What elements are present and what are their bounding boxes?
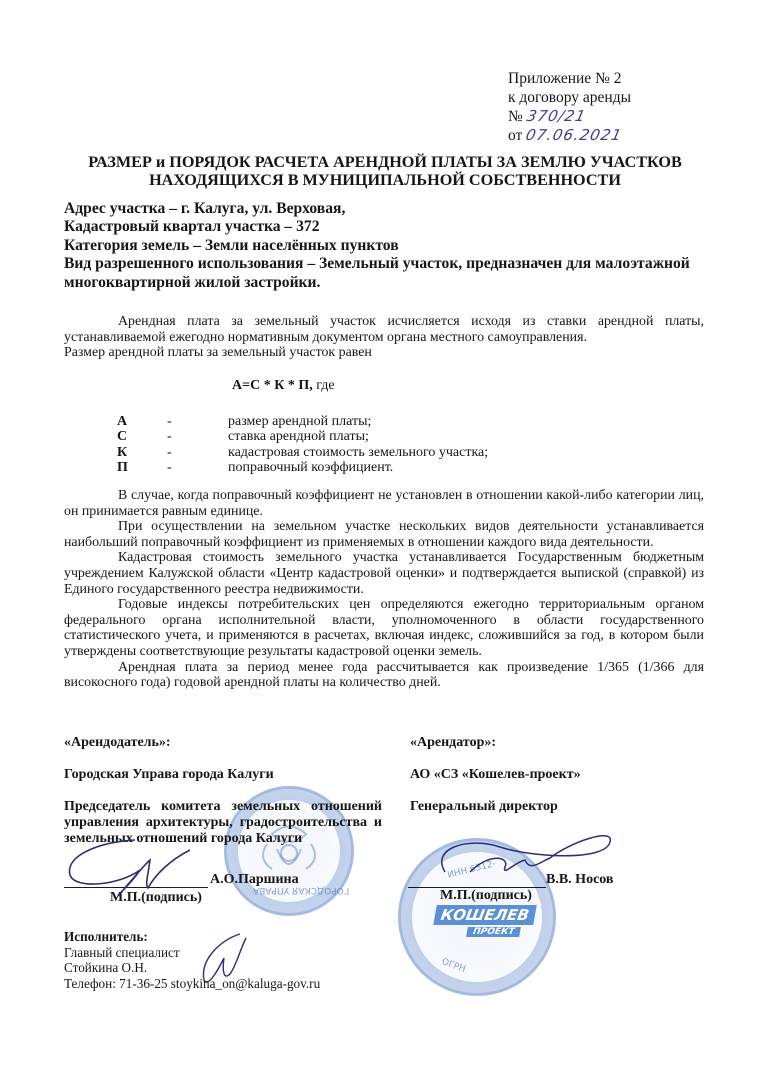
- annex-header: Приложение № 2 к договору аренды № 370/2…: [508, 69, 631, 145]
- executor-position: Главный специалист: [64, 945, 320, 961]
- landlord-signatory: А.О.Паршина: [210, 872, 299, 888]
- legend-dash: -: [167, 460, 228, 475]
- executor-block: Исполнитель: Главный специалист Стойкина…: [64, 929, 320, 991]
- formula-suffix: где: [313, 378, 335, 393]
- title-line-2: НАХОДЯЩИХСЯ В МУНИЦИПАЛЬНОЙ СОБСТВЕННОСТ…: [60, 171, 710, 189]
- annex-title: Приложение № 2: [508, 69, 631, 88]
- tenant-stamp-logo: КОШЕЛЕВ: [433, 905, 536, 925]
- legend-description: кадастровая стоимость земельного участка…: [228, 445, 488, 460]
- legend-row: С - ставка арендной платы;: [117, 429, 488, 444]
- plot-cadastral-quarter: Кадастровый квартал участка – 372: [64, 218, 704, 236]
- annex-contract-ref: к договору аренды: [508, 88, 631, 107]
- legend-symbol: С: [117, 429, 167, 444]
- title-line-1: РАЗМЕР и ПОРЯДОК РАСЧЕТА АРЕНДНОЙ ПЛАТЫ …: [60, 153, 710, 171]
- tenant-signature-icon: [410, 832, 620, 892]
- body-paragraph-1: В случае, когда поправочный коэффициент …: [64, 488, 704, 519]
- body-paragraph-5: Арендная плата за период менее года расс…: [64, 660, 704, 691]
- landlord-signature-icon: [60, 830, 210, 900]
- legend-description: ставка арендной платы;: [228, 429, 369, 444]
- formula-legend: А - размер арендной платы; С - ставка ар…: [117, 414, 488, 476]
- intro-section: Арендная плата за земельный участок исчи…: [64, 314, 704, 361]
- plot-properties: Адрес участка – г. Калуга, ул. Верховая,…: [64, 200, 704, 292]
- intro-paragraph-2: Размер арендной платы за земельный участ…: [64, 345, 704, 361]
- annex-date-line: от 07.06.2021: [508, 126, 631, 145]
- annex-number-handwritten: 370/21: [525, 107, 588, 126]
- tenant-stamp-ogrn: ОГРН: [440, 957, 467, 975]
- landlord-role: «Арендодатель»:: [64, 735, 382, 751]
- intro-paragraph-1: Арендная плата за земельный участок исчи…: [64, 314, 704, 345]
- plot-permitted-use: Вид разрешенного использования – Земельн…: [64, 255, 704, 292]
- legend-symbol: А: [117, 414, 167, 429]
- tenant-block: «Арендатор»: АО «СЗ «Кошелев-проект» Ген…: [410, 735, 700, 815]
- annex-number-prefix: №: [508, 108, 523, 125]
- formula-expression: А=С * К * П,: [232, 378, 313, 393]
- legend-dash: -: [167, 429, 228, 444]
- legend-symbol: П: [117, 460, 167, 475]
- legend-symbol: К: [117, 445, 167, 460]
- executor-label: Исполнитель:: [64, 929, 148, 944]
- body-paragraph-2: При осуществлении на земельном участке н…: [64, 519, 704, 550]
- legend-row: П - поправочный коэффициент.: [117, 460, 488, 475]
- body-paragraph-4: Годовые индексы потребительских цен опре…: [64, 597, 704, 659]
- legend-row: А - размер арендной платы;: [117, 414, 488, 429]
- plot-land-category: Категория земель – Земли населённых пунк…: [64, 237, 704, 255]
- landlord-org: Городская Управа города Калуги: [64, 767, 382, 783]
- executor-name: Стойкина О.Н.: [64, 960, 320, 976]
- tenant-position: Генеральный директор: [410, 799, 700, 815]
- document-title: РАЗМЕР и ПОРЯДОК РАСЧЕТА АРЕНДНОЙ ПЛАТЫ …: [60, 153, 710, 189]
- executor-contact: Телефон: 71-36-25 stoykina_on@kaluga-gov…: [64, 976, 320, 992]
- legend-dash: -: [167, 445, 228, 460]
- annex-date-handwritten: 07.06.2021: [524, 126, 624, 145]
- body-paragraph-3: Кадастровая стоимость земельного участка…: [64, 550, 704, 597]
- legend-description: размер арендной платы;: [228, 414, 371, 429]
- tenant-role: «Арендатор»:: [410, 735, 700, 751]
- plot-address: Адрес участка – г. Калуга, ул. Верховая,: [64, 200, 704, 218]
- annex-number-line: № 370/21: [508, 107, 631, 126]
- legend-row: К - кадастровая стоимость земельного уча…: [117, 445, 488, 460]
- legend-dash: -: [167, 414, 228, 429]
- rent-formula: А=С * К * П, где: [232, 378, 335, 394]
- tenant-org: АО «СЗ «Кошелев-проект»: [410, 767, 700, 783]
- body-section: В случае, когда поправочный коэффициент …: [64, 488, 704, 691]
- legend-description: поправочный коэффициент.: [228, 460, 393, 475]
- tenant-stamp-logo-sub: ПРОЕКТ: [466, 927, 521, 937]
- annex-date-prefix: от: [508, 127, 522, 144]
